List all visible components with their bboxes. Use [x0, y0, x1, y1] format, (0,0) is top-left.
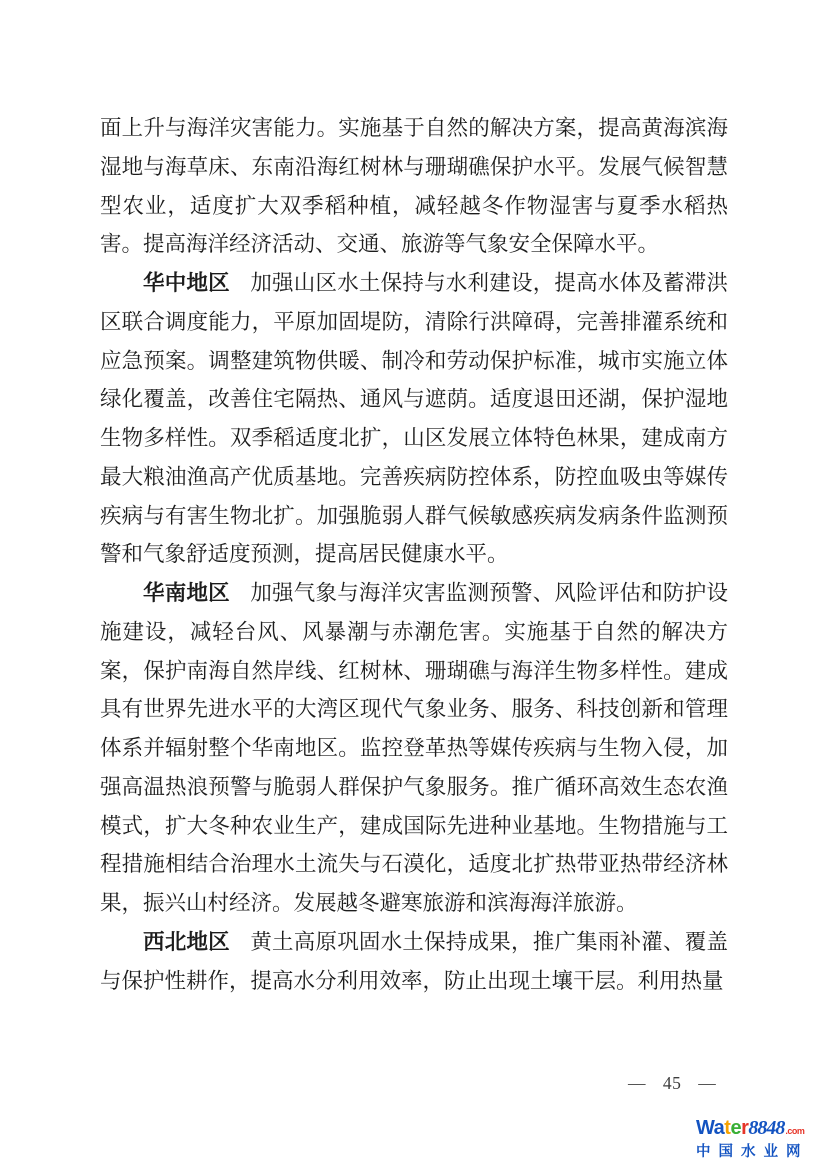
- watermark-letter: W: [696, 1117, 714, 1139]
- watermark-letter: a: [714, 1117, 725, 1139]
- watermark-letter: e: [730, 1117, 741, 1139]
- paragraph: 华南地区加强气象与海洋灾害监测预警、风险评估和防护设施建设，减轻台风、风暴潮与赤…: [100, 574, 728, 923]
- page-number: — 45 —: [628, 1073, 716, 1093]
- watermark-brand: Water8848.com: [696, 1117, 822, 1142]
- water8848-logo: Water8848.com 中国水业网: [696, 1117, 822, 1160]
- paragraph: 华中地区加强山区水土保持与水利建设，提高水体及蓄滞洪区联合调度能力，平原加固堤防…: [100, 264, 728, 574]
- paragraph-text: 加强气象与海洋灾害监测预警、风险评估和防护设施建设，减轻台风、风暴潮与赤潮危害。…: [100, 581, 728, 915]
- region-heading-huazhong: 华中地区: [143, 271, 230, 295]
- watermark-tagline: 中国水业网: [696, 1145, 822, 1160]
- region-heading-xibei: 西北地区: [143, 930, 230, 954]
- paragraph: 西北地区黄土高原巩固水土保持成果，推广集雨补灌、覆盖与保护性耕作，提高水分利用效…: [100, 923, 728, 1001]
- document-body: 面上升与海洋灾害能力。实施基于自然的解决方案，提高黄海滨海湿地与海草床、东南沿海…: [100, 109, 728, 1000]
- page-footer: — 45 —: [628, 1073, 716, 1094]
- watermark-brand-number: 8848: [748, 1117, 784, 1139]
- paragraph-text: 加强山区水土保持与水利建设，提高水体及蓄滞洪区联合调度能力，平原加固堤防，清除行…: [100, 271, 728, 566]
- watermark-domain-suffix: .com: [785, 1126, 804, 1136]
- watermark-brand-word: Water: [696, 1117, 748, 1139]
- document-page: 面上升与海洋灾害能力。实施基于自然的解决方案，提高黄海滨海湿地与海草床、东南沿海…: [0, 0, 826, 1169]
- paragraph-text: 面上升与海洋灾害能力。实施基于自然的解决方案，提高黄海滨海湿地与海草床、东南沿海…: [100, 116, 728, 256]
- paragraph: 面上升与海洋灾害能力。实施基于自然的解决方案，提高黄海滨海湿地与海草床、东南沿海…: [100, 109, 728, 264]
- region-heading-huanan: 华南地区: [143, 581, 230, 605]
